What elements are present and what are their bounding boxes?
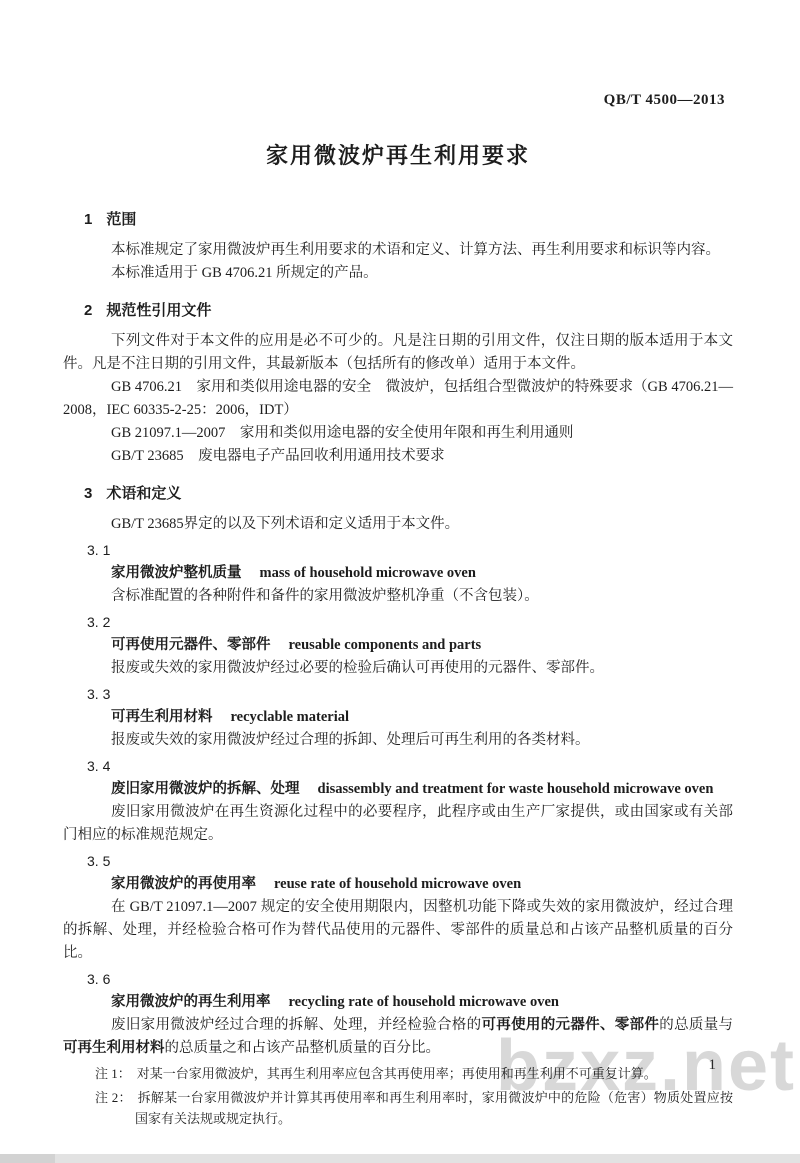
paragraph: GB/T 23685界定的以及下列术语和定义适用于本文件。 xyxy=(63,513,733,536)
paragraph: GB 4706.21 家用和类似用途电器的安全 微波炉，包括组合型微波炉的特殊要… xyxy=(63,376,733,422)
term-line: 家用微波炉的再使用率reuse rate of household microw… xyxy=(111,873,733,896)
clause-number: 3. 6 xyxy=(87,968,733,991)
note: 注 2：拆解某一台家用微波炉并计算其再使用率和再生利用率时，家用微波炉中的危险（… xyxy=(95,1087,733,1129)
term-chinese: 家用微波炉整机质量 xyxy=(111,565,242,581)
section-title: 术语和定义 xyxy=(106,485,181,502)
term-chinese: 家用微波炉的再使用率 xyxy=(111,876,256,892)
note: 注 1：对某一台家用微波炉，其再生利用率应包含其再使用率；再使用和再生利用不可重… xyxy=(95,1063,733,1084)
term-chinese: 可再生利用材料 xyxy=(111,709,213,725)
bold-term-ref: 可再生利用材料 xyxy=(63,1040,165,1056)
doc-body: 1范围本标准规定了家用微波炉再生利用要求的术语和定义、计算方法、再生利用要求和标… xyxy=(63,208,733,1129)
note-label: 注 1： xyxy=(95,1066,131,1081)
clause-number: 3. 5 xyxy=(87,850,733,873)
term-english: reuse rate of household microwave oven xyxy=(274,876,521,892)
text-run: 的总质量与 xyxy=(659,1017,733,1033)
section-heading: 1范围 xyxy=(84,208,733,231)
paragraph: 本标准适用于 GB 4706.21 所规定的产品。 xyxy=(63,262,733,285)
term-english: disassembly and treatment for waste hous… xyxy=(318,781,714,797)
term-line: 可再生利用材料recyclable material xyxy=(111,706,733,729)
term-english: recyclable material xyxy=(231,709,350,725)
term-chinese: 废旧家用微波炉的拆解、处理 xyxy=(111,781,300,797)
scan-edge-bar xyxy=(0,1154,800,1163)
clause-number: 3. 1 xyxy=(87,539,733,562)
definition-paragraph: 报废或失效的家用微波炉经过必要的检验后确认可再使用的元器件、零部件。 xyxy=(63,657,733,680)
definition-paragraph: 废旧家用微波炉经过合理的拆解、处理，并经检验合格的可再使用的元器件、零部件的总质… xyxy=(63,1014,733,1060)
clause-number: 3. 3 xyxy=(87,683,733,706)
term-english: mass of household microwave oven xyxy=(260,565,476,581)
term-chinese: 家用微波炉的再生利用率 xyxy=(111,994,271,1010)
term-line: 家用微波炉整机质量mass of household microwave ove… xyxy=(111,562,733,585)
definition-paragraph: 含标准配置的各种附件和备件的家用微波炉整机净重（不含包装）。 xyxy=(63,585,733,608)
paragraph: GB/T 23685 废电器电子产品回收利用通用技术要求 xyxy=(63,445,733,468)
section-number: 2 xyxy=(84,302,92,319)
paragraph: 本标准规定了家用微波炉再生利用要求的术语和定义、计算方法、再生利用要求和标识等内… xyxy=(63,239,733,262)
clause-number: 3. 2 xyxy=(87,611,733,634)
page-number: 1 xyxy=(709,1057,717,1074)
term-english: reusable components and parts xyxy=(289,637,482,653)
section-heading: 3术语和定义 xyxy=(84,482,733,505)
section-number: 1 xyxy=(84,211,92,228)
term-english: recycling rate of household microwave ov… xyxy=(289,994,560,1010)
standard-code: QB/T 4500—2013 xyxy=(63,92,733,109)
definition-paragraph: 在 GB/T 21097.1—2007 规定的安全使用期限内，因整机功能下降或失… xyxy=(63,896,733,965)
document-content: QB/T 4500—2013 家用微波炉再生利用要求 1范围本标准规定了家用微波… xyxy=(63,92,733,1129)
paragraph: GB 21097.1—2007 家用和类似用途电器的安全使用年限和再生利用通则 xyxy=(63,422,733,445)
document-title: 家用微波炉再生利用要求 xyxy=(63,139,733,170)
section-heading: 2规范性引用文件 xyxy=(84,299,733,322)
definition-paragraph: 报废或失效的家用微波炉经过合理的拆卸、处理后可再生利用的各类材料。 xyxy=(63,729,733,752)
term-chinese: 可再使用元器件、零部件 xyxy=(111,637,271,653)
term-line: 可再使用元器件、零部件reusable components and parts xyxy=(111,634,733,657)
text-run: 废旧家用微波炉经过合理的拆解、处理，并经检验合格的 xyxy=(111,1017,481,1033)
term-line: 家用微波炉的再生利用率recycling rate of household m… xyxy=(111,991,733,1014)
note-label: 注 2： xyxy=(95,1090,132,1105)
term-line: 废旧家用微波炉的拆解、处理disassembly and treatment f… xyxy=(111,778,733,801)
definition-paragraph: 废旧家用微波炉在再生资源化过程中的必要程序，此程序或由生产厂家提供，或由国家或有… xyxy=(63,801,733,847)
clause-number: 3. 4 xyxy=(87,755,733,778)
section-number: 3 xyxy=(84,485,92,502)
text-run: 的总质量之和占该产品整机质量的百分比。 xyxy=(165,1040,441,1056)
paragraph: 下列文件对于本文件的应用是必不可少的。凡是注日期的引用文件，仅注日期的版本适用于… xyxy=(63,330,733,376)
bold-term-ref: 可再使用的元器件、零部件 xyxy=(481,1017,659,1033)
scanned-standard-page: bzxz.net QB/T 4500—2013 家用微波炉再生利用要求 1范围本… xyxy=(0,0,800,1163)
section-title: 规范性引用文件 xyxy=(106,302,211,319)
section-title: 范围 xyxy=(106,211,136,228)
